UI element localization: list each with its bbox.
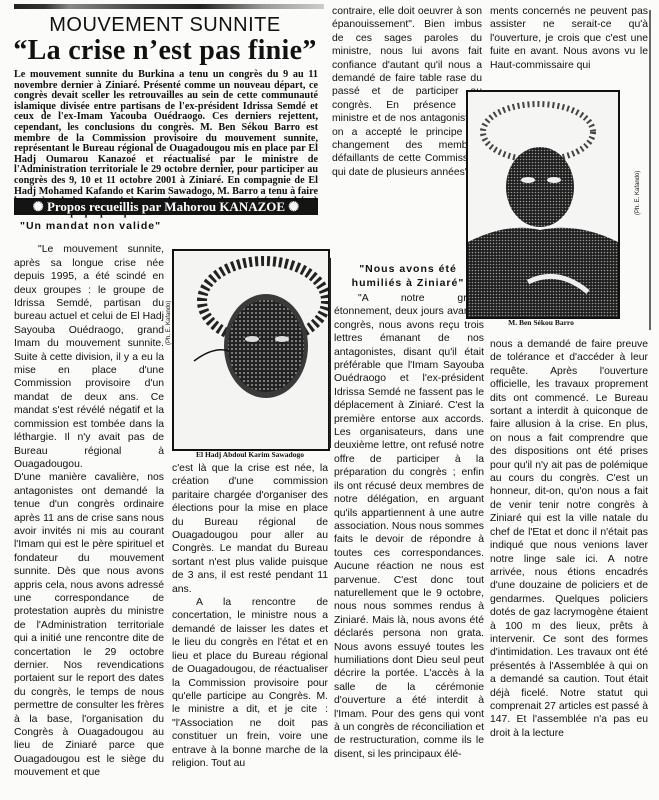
column-1: "Un mandat non valide" "Le mouvement sun…	[14, 220, 164, 780]
paragraph: "A notre grand étonnement, deux jours av…	[334, 292, 484, 761]
paragraph: A la rencontre de concertation, le minis…	[172, 596, 328, 770]
column-4-bottom: nous a demandé de faire preuve de toléra…	[490, 338, 648, 740]
portrait-image	[468, 92, 618, 317]
paragraph: D'une manière cavalière, nos antagoniste…	[14, 471, 164, 779]
article-kicker: MOUVEMENT SUNNITE	[40, 14, 290, 37]
subhead-humilies: "Nous avons été humiliés à Ziniaré"	[348, 262, 468, 290]
byline-ornament-right-icon: ✺	[288, 199, 299, 214]
article-lead: Le mouvement sunnite du Burkina a tenu u…	[14, 70, 318, 218]
column-4-top: ments concernés ne peuvent pas assister …	[490, 5, 648, 72]
paragraph: c'est là que la crise est née, la créati…	[172, 462, 328, 596]
subhead-mandat: "Un mandat non valide"	[14, 220, 164, 233]
photo-barro	[466, 90, 620, 319]
paragraph: nous a demandé de faire preuve de toléra…	[490, 338, 648, 740]
byline-bar: ✺ Propos recueillis par Mahorou KANAZOE …	[14, 198, 318, 215]
page-edge-rule	[649, 10, 651, 330]
paragraph: ments concernés ne peuvent pas assister …	[490, 5, 648, 72]
byline-ornament-left-icon: ✺	[33, 199, 47, 214]
paragraph: "Le mouvement sunnite, après sa longue c…	[14, 243, 164, 471]
photo-caption-right: M. Ben Sékou Barro	[466, 318, 616, 327]
paragraph: contraire, elle doit oeuvrer à son épano…	[332, 5, 482, 179]
byline: Propos recueillis par Mahorou KANAZOE	[47, 199, 285, 214]
portrait-image	[174, 251, 328, 449]
column-3-top: contraire, elle doit oeuvrer à son épano…	[332, 5, 482, 179]
top-rule	[14, 4, 324, 9]
photo-credit-left: (Ph. E. Kafando)	[166, 301, 172, 345]
photo-credit-right: (Ph. E. Kafando)	[635, 171, 641, 215]
column-3-bottom: "A notre grand étonnement, deux jours av…	[334, 292, 484, 761]
subhead-box-rule	[329, 258, 331, 448]
column-2: c'est là que la crise est née, la créati…	[172, 462, 328, 770]
article-headline: “La crise n’est pas finie”	[10, 35, 320, 67]
photo-caption-left: El Hadj Abdoul Karim Sawadogo	[172, 450, 328, 459]
photo-sawadogo	[172, 249, 330, 451]
